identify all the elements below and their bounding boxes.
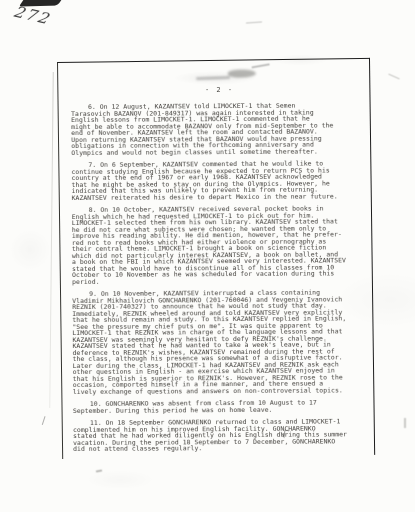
page-number: - 2 - — [205, 86, 234, 94]
scan-speck — [246, 21, 262, 23]
text-line: Olympics and would not begin classes unt… — [71, 148, 363, 156]
scanned-document-page: 272 - 2 - 6. On 12 August, KAZANTSEV tol… — [0, 0, 415, 512]
stamp-smudge-mark — [228, 69, 256, 78]
paragraph-10: 10. GONCHARENKO was absent from class fr… — [73, 399, 365, 414]
text-line: lively exchange of questions and answers… — [73, 387, 365, 395]
text-line: September. During this period he was on … — [73, 406, 365, 414]
handwritten-page-number: 272 — [12, 3, 55, 29]
paragraph-6: 6. On 12 August, KAZANTSEV told LIMOCKET… — [71, 102, 363, 156]
paragraph-8: 8. On 10 October, KAZANTSEV received sev… — [72, 205, 364, 285]
scan-speck — [404, 418, 406, 428]
paper-edge-line — [49, 72, 54, 408]
text-line: October to 10 November as he was schedul… — [72, 270, 364, 278]
text-line: KAZANTSEV reiterated his desire to depar… — [72, 193, 364, 201]
document-body: 6. On 12 August, KAZANTSEV told LIMOCKET… — [71, 102, 365, 458]
paragraph-9: 9. On 10 November, KAZANTSEV interrupted… — [72, 289, 365, 395]
paragraph-7: 7. On 6 September, KAZANTSEV commented t… — [71, 160, 363, 201]
faint-stamp-smudge — [196, 69, 262, 85]
paragraph-11: 11. On 18 September GONCHARENKO returned… — [73, 418, 365, 452]
stamp-smudge-mark — [196, 76, 230, 80]
scan-speck — [96, 469, 102, 472]
handwritten-tick-icon — [280, 429, 290, 439]
margin-pencil-mark — [42, 416, 51, 427]
scan-speck — [388, 74, 399, 80]
